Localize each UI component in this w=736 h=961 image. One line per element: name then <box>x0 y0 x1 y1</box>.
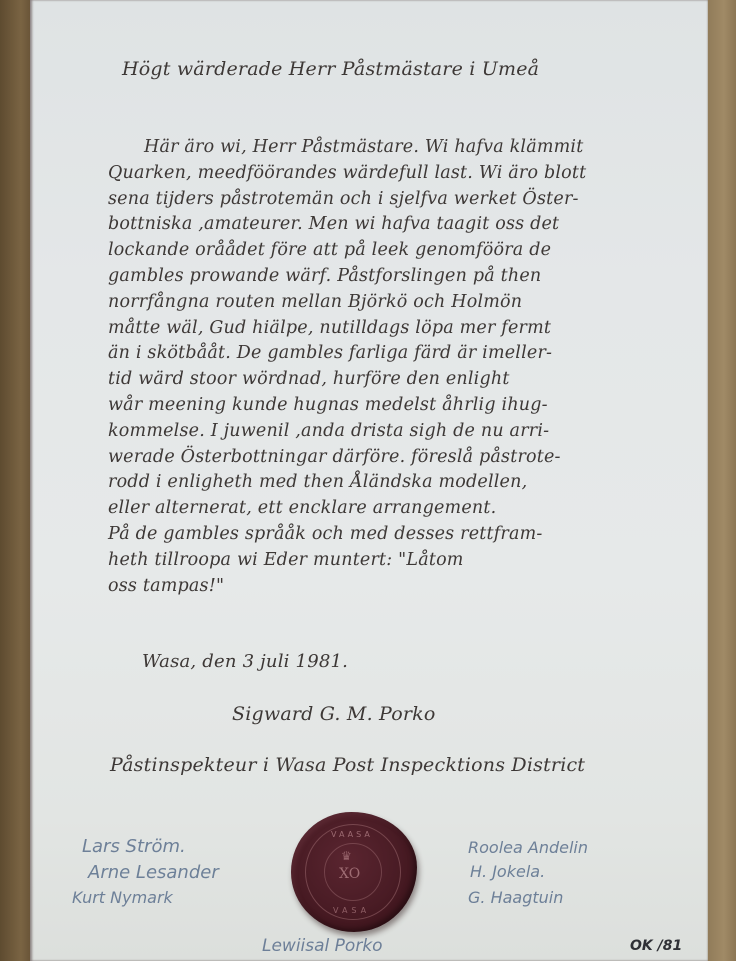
body-line: Här äro wi, Herr Påstmästare. Wi hafva k… <box>108 135 708 161</box>
body-line: kommelse. I juwenil ,anda drista sigh de… <box>108 419 708 445</box>
signature-bottom: Lewiisal Porko <box>262 936 383 956</box>
signature: Roolea Andelin <box>468 838 588 857</box>
seal-center-mark: XO <box>339 866 360 882</box>
crown-icon: ♛ <box>341 849 352 863</box>
signer-title: Påstinspekteur i Wasa Post Inspecktions … <box>110 754 585 776</box>
letter-body: Här äro wi, Herr Påstmästare. Wi hafva k… <box>108 135 708 599</box>
body-line: gambles prowande wärf. Påstforslingen på… <box>108 264 708 290</box>
signature: Kurt Nymark <box>72 888 173 907</box>
body-line: än i skötbååt. De gambles farliga färd ä… <box>108 341 708 367</box>
signature: Arne Lesander <box>88 862 219 883</box>
body-line: rodd i enligheth med then Åländska model… <box>108 470 708 496</box>
seal-text-top: VAASA <box>331 830 373 839</box>
body-line: sena tijders påstrotemän och i sjelfva w… <box>108 187 708 213</box>
body-line: norrfångna routen mellan Björkö och Holm… <box>108 290 708 316</box>
body-line: wår meening kunde hugnas medelst åhrlig … <box>108 393 708 419</box>
signature: H. Jokela. <box>470 862 545 881</box>
letter-heading: Högt wärderade Herr Påstmästare i Umeå <box>122 58 539 80</box>
place-date: Wasa, den 3 juli 1981. <box>142 651 348 672</box>
signature: Lars Ström. <box>82 836 186 857</box>
body-line: tid wärd stoor wördnad, hurföre den enli… <box>108 367 708 393</box>
corner-note: OK /81 <box>630 938 682 954</box>
body-line: måtte wäl, Gud hiälpe, nutilldags löpa m… <box>108 316 708 342</box>
body-line: heth tillroopa wi Eder muntert: "Låtom <box>108 548 708 574</box>
signer-name: Sigward G. M. Porko <box>232 703 436 725</box>
body-line: eller alternerat, ett encklare arrangeme… <box>108 496 708 522</box>
seal-text-bottom: VASA <box>333 906 370 915</box>
frame-left-edge <box>0 0 30 961</box>
signature: G. Haagtuin <box>468 888 563 907</box>
body-line: oss tampas!" <box>108 574 708 600</box>
body-line: werade Österbottningar därföre. föreslå … <box>108 445 708 471</box>
body-line: lockande oråådet före att på leek genomf… <box>108 238 708 264</box>
body-line: bottniska ,amateurer. Men wi hafva taagi… <box>108 212 708 238</box>
frame-right-edge <box>706 0 736 961</box>
body-line: På de gambles språåk och med desses rett… <box>108 522 708 548</box>
body-line: Quarken, meedföörandes wärdefull last. W… <box>108 161 708 187</box>
